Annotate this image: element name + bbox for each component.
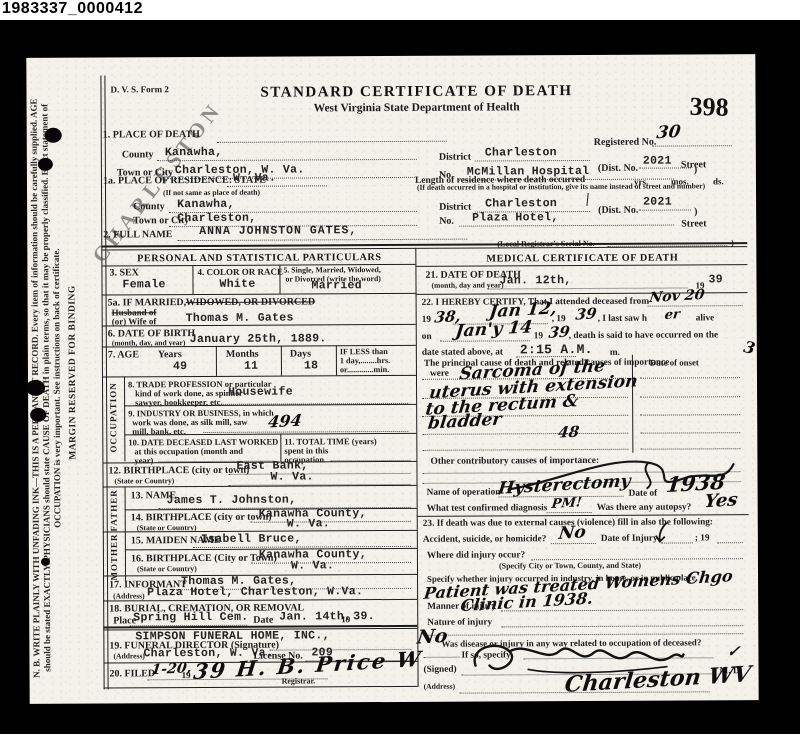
age-years-label: Years bbox=[158, 349, 182, 360]
form-number: D. V. S. Form 2 bbox=[110, 84, 168, 94]
blank-line bbox=[640, 413, 740, 416]
length-residence-label: Length of residence where death occurred bbox=[415, 175, 585, 186]
autopsy-label: Was there any autopsy? bbox=[597, 502, 692, 512]
blank-line bbox=[157, 158, 417, 161]
blank-line bbox=[640, 431, 740, 434]
cause-line-4: bladder bbox=[427, 410, 503, 434]
blank-line bbox=[547, 511, 592, 513]
cell-divider bbox=[124, 376, 125, 461]
injury-year-label: ; 19 bbox=[695, 533, 710, 543]
full-name-label: 2. FULL NAME bbox=[103, 229, 172, 240]
funeral-address-label: (Address) bbox=[113, 651, 145, 660]
operation-date-label: Date of bbox=[629, 489, 658, 499]
scanned-death-certificate-page: { "scan_label": "1983337_0000412", "stam… bbox=[0, 0, 800, 738]
if-less-label-2: 1 day,........hrs. bbox=[340, 356, 390, 365]
autopsy-value: Yes bbox=[703, 489, 739, 512]
mother-vertical-label: MOTHER bbox=[109, 534, 119, 580]
death-year: 39 bbox=[708, 273, 722, 286]
birthplace-sublabel: (State or Country) bbox=[115, 476, 175, 485]
blank-line bbox=[640, 376, 740, 379]
residence-state: W. Va. bbox=[233, 172, 276, 185]
county-label-1: County bbox=[122, 149, 154, 160]
race-label: 4. COLOR OR RACE bbox=[197, 267, 283, 277]
street-label-2: Street bbox=[681, 218, 706, 229]
stray-margin-numeral: 3 bbox=[742, 337, 757, 358]
operation-label: Name of operation bbox=[427, 487, 501, 497]
burial-year-pre: 19 bbox=[341, 614, 350, 624]
scanner-black-bottom-band bbox=[0, 700, 800, 734]
year-39b-hand: 39 bbox=[548, 323, 571, 342]
blank-line bbox=[717, 541, 743, 543]
stray-pen-mark bbox=[586, 193, 588, 206]
district-value-1: Charleston bbox=[485, 146, 557, 159]
right-column-header: MEDICAL CERTIFICATE OF DEATH bbox=[419, 252, 745, 265]
blank-line bbox=[475, 159, 590, 162]
if-married-struck: WIDOWED, OR DIVORCED bbox=[186, 296, 316, 308]
punch-hole bbox=[45, 128, 62, 143]
informant-address-label: (Address) bbox=[113, 591, 145, 600]
trade-value: Housewife bbox=[228, 386, 293, 399]
date-of-death-value: Jan. 12th, bbox=[499, 274, 571, 287]
blank-line bbox=[177, 238, 467, 242]
sex-label: 3. SEX bbox=[109, 267, 139, 278]
blank-line bbox=[501, 624, 743, 627]
rule bbox=[102, 293, 416, 296]
burial-place-value: Spring Hill Cem. bbox=[133, 611, 248, 625]
sex-value: Female bbox=[122, 278, 165, 291]
where-injury-label: Where did injury occur? bbox=[427, 550, 525, 561]
punch-hole bbox=[26, 380, 45, 396]
county-value-2: Kanawha, bbox=[177, 198, 235, 211]
mother-birthplace-sublabel: (State or Country) bbox=[137, 564, 197, 573]
burial-year: 39. bbox=[353, 610, 375, 623]
street-label-1: Street bbox=[681, 159, 706, 170]
rule bbox=[124, 433, 416, 436]
cell-divider bbox=[125, 531, 126, 581]
registrar-label: Registrar. bbox=[282, 676, 316, 685]
full-name-value: ANNA JOHNSTON GATES, bbox=[199, 224, 357, 238]
place-of-death-label: 1. PLACE OF DEATH bbox=[103, 129, 200, 141]
rule bbox=[124, 404, 416, 407]
certificate-serial-number: 398 bbox=[689, 92, 729, 123]
mother-name-value: Isabell Bruce, bbox=[201, 532, 302, 546]
rule bbox=[102, 375, 416, 378]
age-years-value: 49 bbox=[173, 360, 187, 373]
marital-value: Married bbox=[311, 279, 361, 292]
dist-no-value-2: 2021 bbox=[643, 196, 672, 209]
district-label-1: District bbox=[439, 152, 471, 163]
dist-no-label-2: (Dist. No. bbox=[598, 205, 638, 216]
her-hand: er bbox=[664, 307, 681, 323]
last-saw-label: , I last saw h bbox=[598, 314, 647, 324]
father-name-value: James T. Johnston, bbox=[167, 494, 297, 508]
certify-line-4: date stated above, at bbox=[422, 347, 503, 357]
blank-line bbox=[227, 184, 327, 187]
check-mark: ✓ bbox=[726, 642, 741, 661]
accident-label: Accident, suicide, or homicide? bbox=[423, 534, 547, 545]
time-of-death: 2:15 A.M. bbox=[520, 342, 593, 357]
test-value: PM! bbox=[551, 495, 583, 512]
district-label-2: District bbox=[439, 202, 471, 213]
left-column-header: PERSONAL AND STATISTICAL PARTICULARS bbox=[107, 252, 411, 265]
age-days-value: 18 bbox=[304, 359, 318, 372]
informant-address: Plaza Hotel, Charleston, W.Va. bbox=[147, 585, 363, 599]
blank-line bbox=[640, 395, 740, 398]
punch-hole bbox=[41, 558, 50, 566]
certify-19-c: 19 bbox=[534, 331, 543, 341]
blank-line bbox=[423, 656, 459, 658]
age-months-value: 11 bbox=[244, 360, 258, 373]
certificate-subtitle: West Virginia State Department of Health bbox=[177, 101, 657, 116]
age-label: 7. AGE bbox=[108, 349, 139, 360]
certify-19-a: 19 bbox=[422, 315, 431, 325]
residence-no-value: Plaza Hotel, bbox=[472, 211, 558, 224]
blank-line bbox=[459, 224, 674, 227]
birthplace-state: W. Va. bbox=[270, 470, 313, 483]
attended-from-hand: Nov 20 bbox=[648, 287, 705, 306]
margin-binding-note: MARGIN RESERVED FOR BINDING bbox=[67, 158, 82, 588]
rule bbox=[104, 686, 418, 689]
blank-line bbox=[501, 608, 743, 611]
injury-date-label: Date of Injury bbox=[601, 534, 658, 544]
certificate-paper: N. B. WRITE PLAINLY WITH UNFADING INK—TH… bbox=[26, 54, 758, 704]
burial-date-label: Date bbox=[253, 615, 273, 626]
manner-injury-label: Manner of injury bbox=[427, 601, 496, 611]
father-birthplace-state: W. Va. bbox=[287, 517, 330, 530]
ds-label: ds. bbox=[713, 176, 724, 186]
county-value-1: Kanawha, bbox=[165, 146, 223, 159]
dist-no-close-2: ) bbox=[694, 206, 697, 217]
on-date-hand: Jan'y 14 bbox=[454, 317, 533, 341]
column-divider bbox=[415, 248, 418, 687]
blank-line bbox=[639, 208, 691, 210]
cell-divider bbox=[192, 265, 193, 294]
age-months-label: Months bbox=[226, 349, 259, 360]
punch-hole bbox=[38, 158, 53, 171]
certify-line-3: , death is said to have occurred on the bbox=[569, 330, 718, 341]
dist-no-label-1: (Dist. No. bbox=[598, 163, 638, 174]
father-vertical-label: FATHER bbox=[109, 489, 119, 531]
registered-no-label: Registered No. bbox=[594, 137, 657, 148]
occupation-vertical-label: OCCUPATION bbox=[108, 379, 118, 455]
yrs-label: yrs. bbox=[634, 177, 648, 187]
residence-fine-print: (If not same as place of death) bbox=[163, 188, 260, 198]
blank-line bbox=[228, 472, 410, 475]
mos-label: mos. bbox=[671, 176, 689, 186]
cell-divider bbox=[281, 346, 282, 376]
cause-duration: 48 bbox=[557, 422, 580, 441]
if-less-label-3: or.............min. bbox=[340, 365, 389, 374]
certificate-title: STANDARD CERTIFICATE OF DEATH bbox=[176, 83, 656, 103]
date-of-onset-label: Date of onset bbox=[650, 357, 699, 367]
on-label: on bbox=[422, 332, 432, 342]
age-days-label: Days bbox=[290, 348, 311, 359]
district-value-2: Charleston bbox=[485, 197, 557, 210]
blank-line bbox=[422, 432, 628, 435]
race-value: White bbox=[219, 278, 255, 291]
scan-filename-label: 1983337_0000412 bbox=[2, 0, 143, 18]
punch-hole bbox=[30, 408, 46, 422]
cell-divider bbox=[216, 346, 217, 376]
pen-stroke-arrow bbox=[651, 521, 673, 543]
last-worked-label-3: year) bbox=[134, 455, 153, 465]
cell-divider bbox=[280, 434, 281, 462]
onset-box-divider bbox=[632, 355, 634, 453]
cell-divider bbox=[336, 345, 337, 375]
town-value-2: Charleston, bbox=[177, 212, 256, 225]
mother-birthplace-state: W. Va. bbox=[291, 559, 334, 572]
accident-value: No bbox=[558, 522, 587, 544]
blank-line bbox=[652, 144, 732, 146]
blank-line bbox=[551, 542, 596, 544]
residence-no-label: No. bbox=[439, 216, 454, 227]
physician-address-label: (Address) bbox=[424, 682, 456, 691]
blank-line bbox=[648, 304, 743, 306]
blank-line bbox=[251, 520, 411, 523]
dob-value: January 25th, 1889. bbox=[190, 332, 327, 346]
year-39-hand: 39 bbox=[575, 304, 598, 323]
signed-label: (Signed) bbox=[423, 665, 456, 675]
county-label-2: County bbox=[133, 201, 165, 212]
m-label: m. bbox=[610, 348, 620, 358]
spouse-name: Thomas M. Gates bbox=[186, 312, 294, 326]
test-label: What test confirmed diagnosis bbox=[427, 503, 548, 514]
where-injury-sublabel: (Specify City or Town, County, and State… bbox=[499, 561, 641, 571]
blank-line bbox=[217, 140, 447, 143]
registered-no-value: 30 bbox=[655, 122, 681, 143]
if-less-label-1: IF LESS than bbox=[340, 347, 388, 356]
alive-label: alive bbox=[696, 313, 715, 323]
industry-value: 494 bbox=[267, 411, 303, 432]
